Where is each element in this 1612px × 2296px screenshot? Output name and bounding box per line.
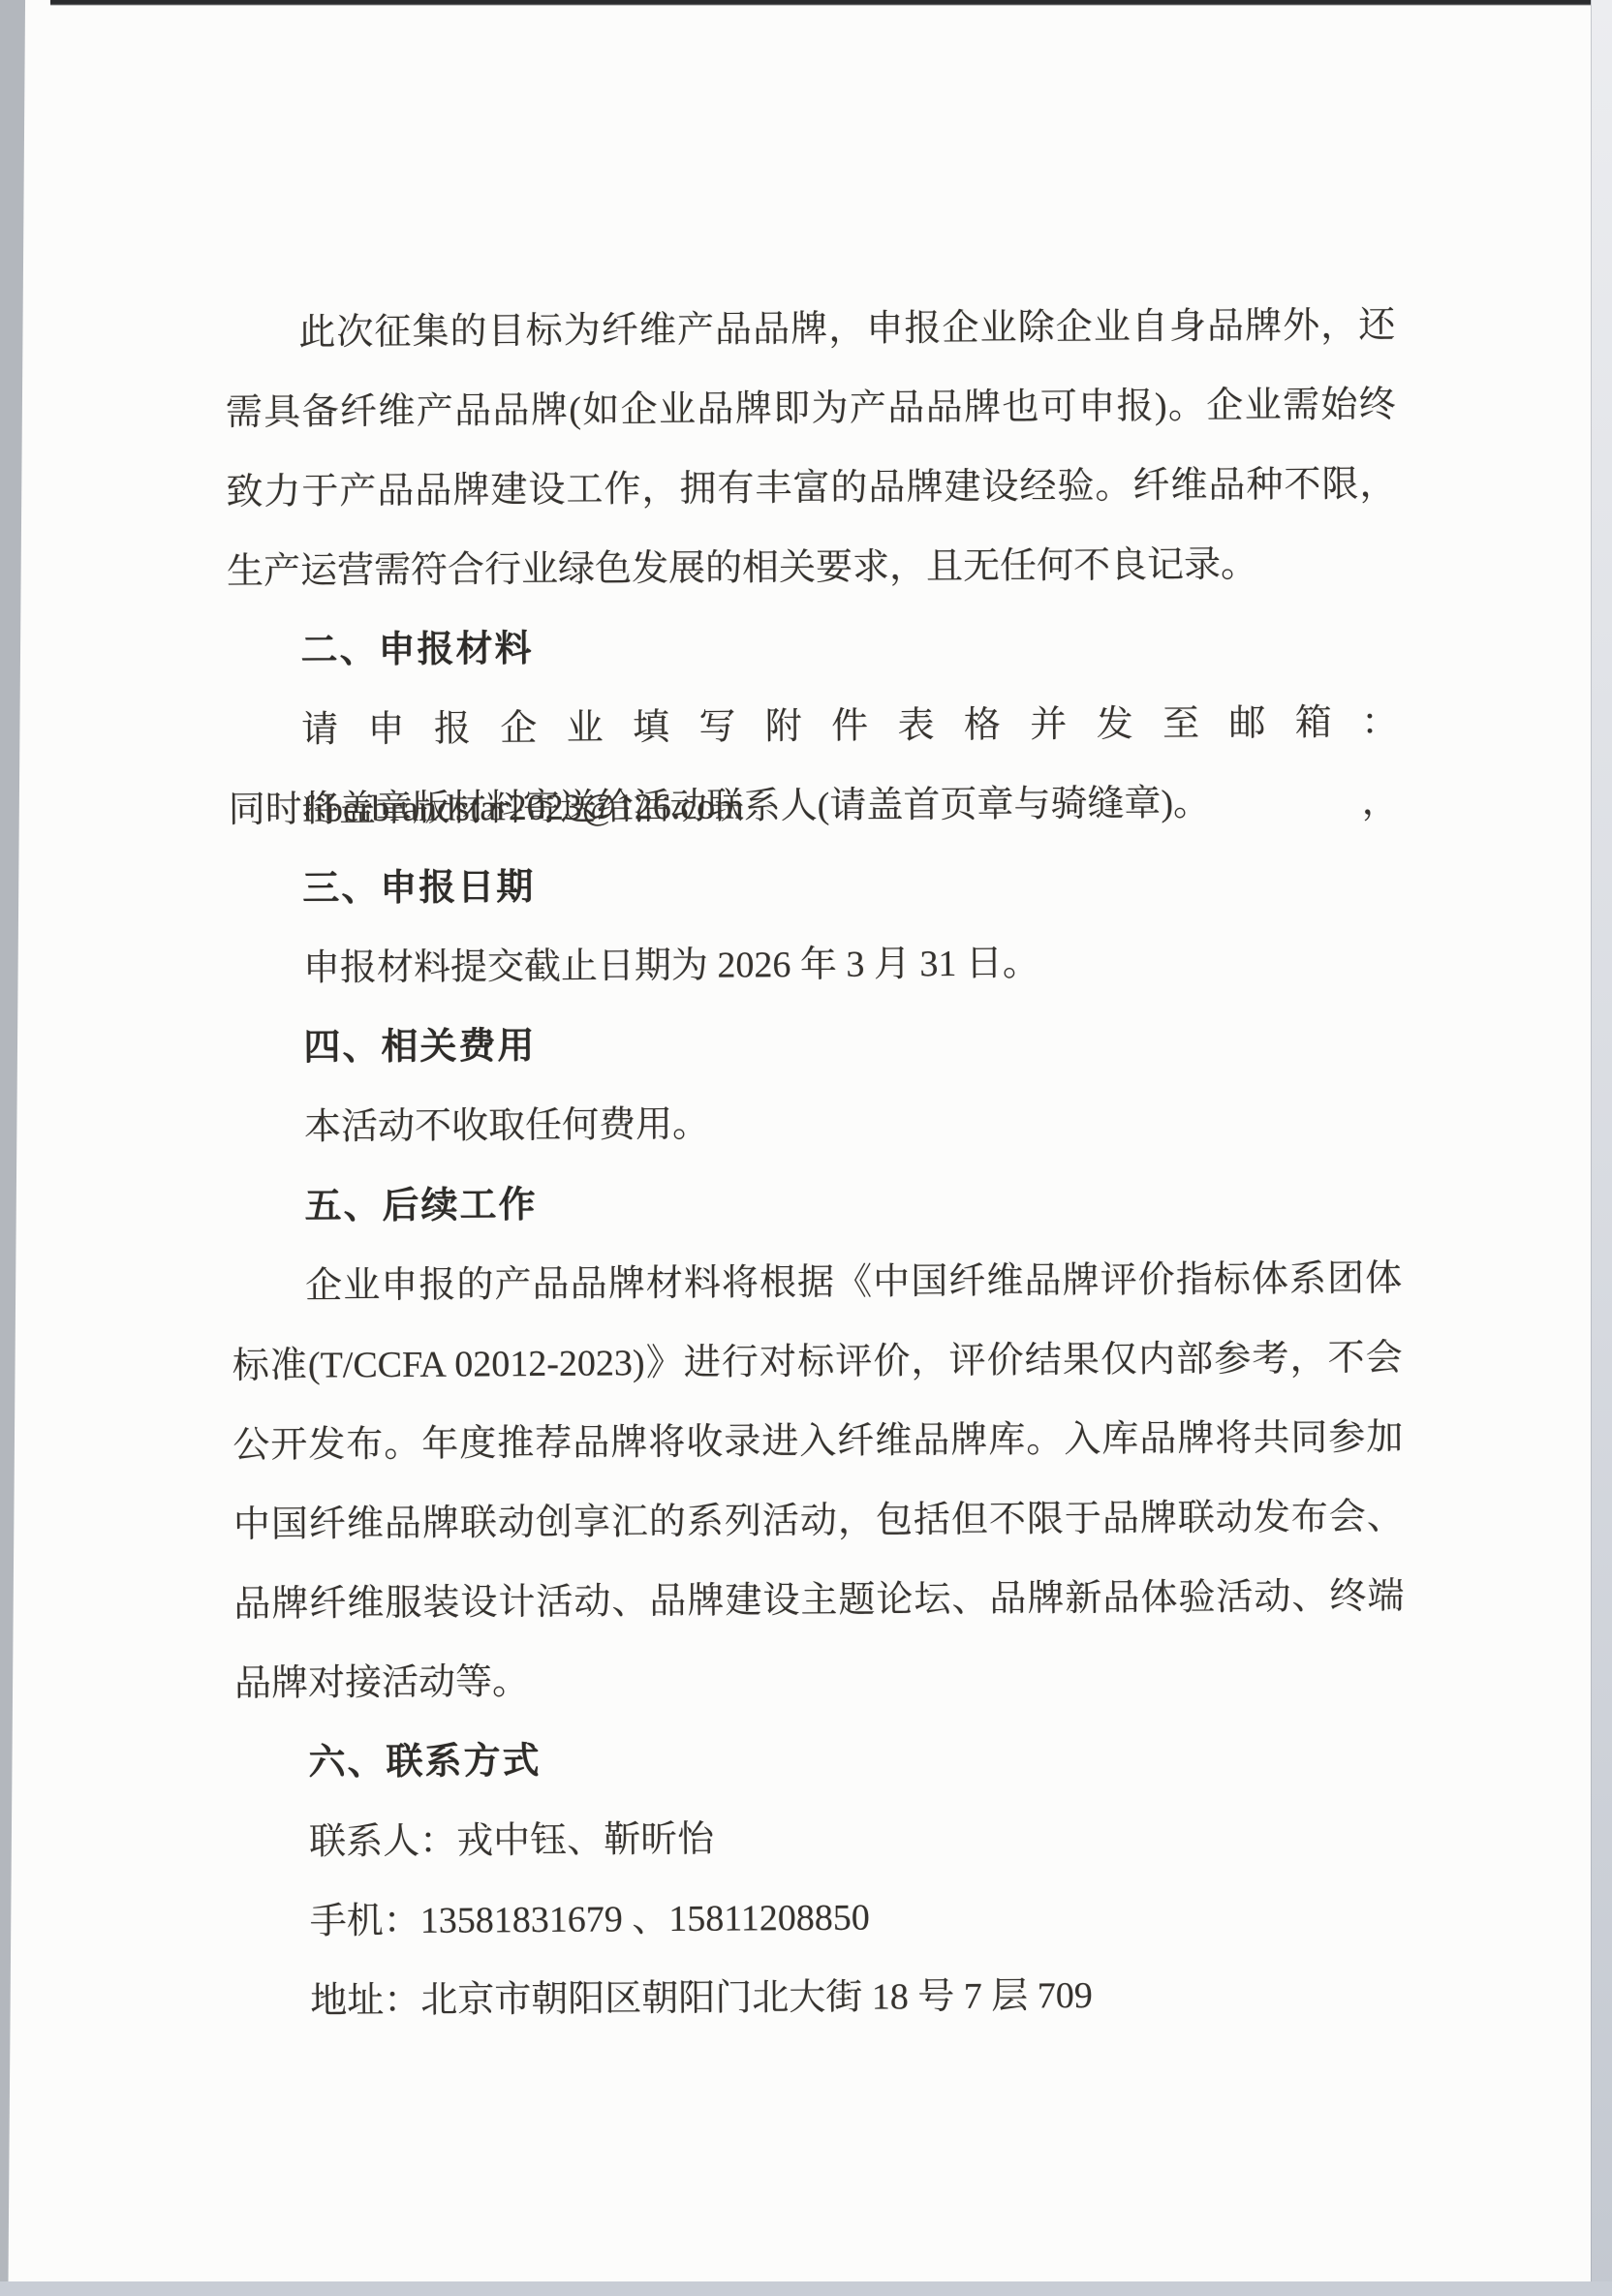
text-line: 企业申报的产品品牌材料将根据《中国纤维品牌评价指标体系团体 bbox=[232, 1239, 1403, 1326]
text-line: 品牌对接活动等。 bbox=[234, 1636, 1406, 1723]
scanner-margin-left bbox=[0, 0, 27, 2296]
section-heading: 五、后续工作 bbox=[231, 1160, 1402, 1247]
text-line: 公开发布。年度推荐品牌将收录进入纤维品牌库。入库品牌将共同参加 bbox=[232, 1398, 1404, 1485]
text-line: 本活动不收取任何费用。 bbox=[231, 1080, 1402, 1167]
text-line: 地址：北京市朝阳区朝阳门北大街 18 号 7 层 709 bbox=[236, 1954, 1408, 2041]
scanner-margin-right bbox=[1591, 0, 1612, 2296]
scanner-margin-bottom bbox=[0, 2281, 1612, 2296]
text-line: 中国纤维品牌联动创享汇的系列活动，包括但不限于品牌联动发布会、 bbox=[233, 1477, 1405, 1565]
page-top-edge-shadow bbox=[50, 0, 1612, 6]
text-line: 需具备纤维产品品牌(如企业品牌即为产品品牌也可申报)。企业需始终 bbox=[226, 365, 1397, 452]
section-heading: 六、联系方式 bbox=[234, 1716, 1406, 1803]
text-line: 此次征集的目标为纤维产品品牌，申报企业除企业自身品牌外，还 bbox=[225, 286, 1396, 373]
text-line: 手机：13581831679 、15811208850 bbox=[235, 1875, 1407, 1962]
section-heading: 二、申报材料 bbox=[227, 604, 1398, 691]
section-heading: 四、相关费用 bbox=[230, 1001, 1401, 1088]
text-line: 联系人：戎中钰、靳昕怡 bbox=[235, 1795, 1407, 1882]
document-body: 此次征集的目标为纤维产品品牌，申报企业除企业自身品牌外，还需具备纤维产品品牌(如… bbox=[225, 286, 1408, 2041]
scanned-document-page: 此次征集的目标为纤维产品品牌，申报企业除企业自身品牌外，还需具备纤维产品品牌(如… bbox=[0, 0, 1612, 2296]
text-line: 标准(T/CCFA 02012-2023)》进行对标评价，评价结果仅内部参考，不… bbox=[232, 1319, 1403, 1406]
text-line: 生产运营需符合行业绿色发展的相关要求，且无任何不良记录。 bbox=[227, 524, 1398, 611]
text-line: 请申报企业填写附件表格并发至邮箱：fiberbrandstar2023@126.… bbox=[228, 683, 1399, 770]
section-heading: 三、申报日期 bbox=[229, 842, 1400, 929]
text-line: 品牌纤维服装设计活动、品牌建设主题论坛、品牌新品体验活动、终端 bbox=[233, 1557, 1405, 1644]
text-line: 申报材料提交截止日期为 2026 年 3 月 31 日。 bbox=[230, 921, 1401, 1008]
text-line: 致力于产品品牌建设工作，拥有丰富的品牌建设经验。纤维品种不限， bbox=[226, 445, 1397, 532]
